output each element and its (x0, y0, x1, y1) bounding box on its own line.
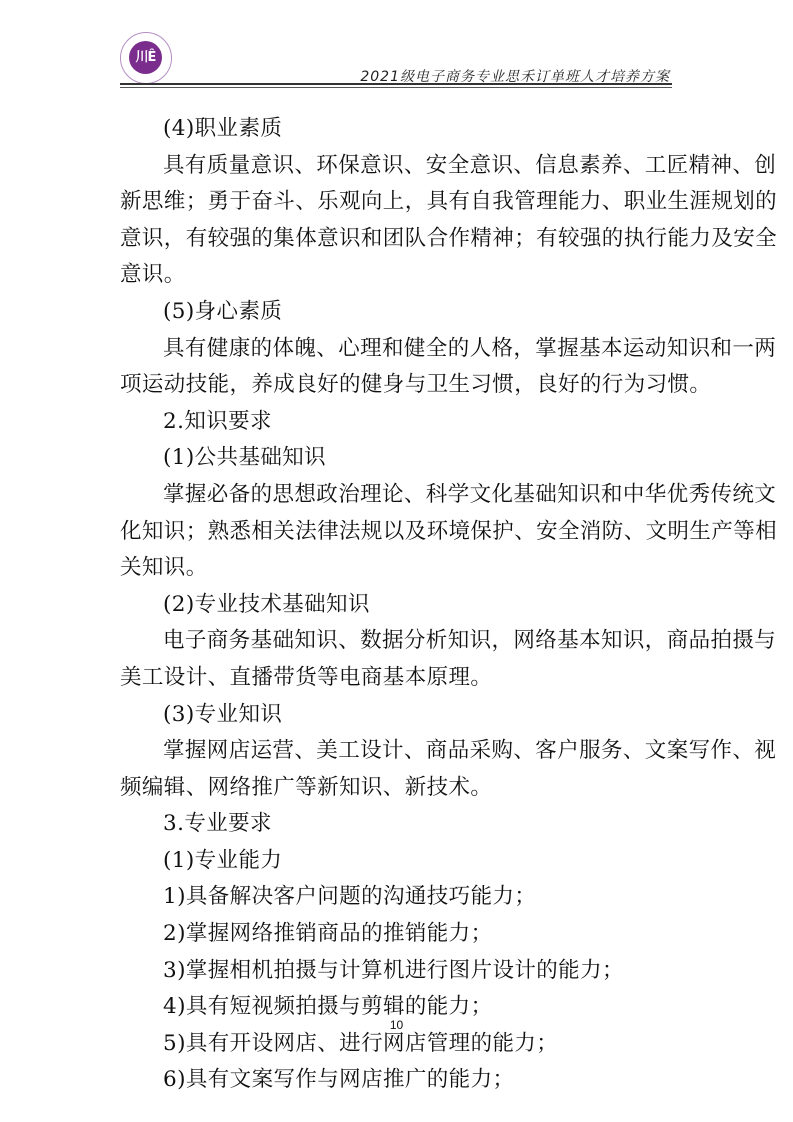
header-rule-thin (120, 87, 672, 88)
paragraph-line: 意识。 (120, 257, 676, 294)
paragraph-line: 掌握必备的思想政治理论、科学文化基础知识和中华优秀传统文 (120, 477, 676, 514)
heading-physical-mental-quality: (5)身心素质 (120, 294, 676, 331)
paragraph-line: 具有健康的体魄、心理和健全的人格，掌握基本运动知识和一两 (120, 331, 676, 368)
list-item: 6)具有文案写作与网店推广的能力； (120, 1062, 676, 1099)
heading-technical-basic-knowledge: (2)专业技术基础知识 (120, 587, 676, 624)
heading-professional-ability: (1)专业能力 (120, 843, 676, 880)
heading-professional-knowledge: (3)专业知识 (120, 697, 676, 734)
paragraph-line: 意识，有较强的集体意识和团队合作精神；有较强的执行能力及安全 (120, 221, 676, 258)
document-body: (4)职业素质 具有质量意识、环保意识、安全意识、信息素养、工匠精神、创 新思维… (120, 111, 676, 1099)
paragraph-line: 项运动技能，养成良好的健身与卫生习惯，良好的行为习惯。 (120, 367, 676, 404)
school-logo: 川Ê (120, 32, 172, 84)
paragraph-line: 新思维；勇于奋斗、乐观向上，具有自我管理能力、职业生涯规划的 (120, 184, 676, 221)
paragraph-line: 频编辑、网络推广等新知识、新技术。 (120, 770, 676, 807)
header-rule-thick (120, 83, 672, 85)
paragraph-line: 掌握网店运营、美工设计、商品采购、客户服务、文案写作、视 (120, 733, 676, 770)
page-number: 10 (0, 1018, 793, 1032)
paragraph-line: 关知识。 (120, 550, 676, 587)
list-item: 2)掌握网络推销商品的推销能力； (120, 916, 676, 953)
heading-knowledge-requirements: 2.知识要求 (120, 404, 676, 441)
paragraph-line: 美工设计、直播带货等电商基本原理。 (120, 660, 676, 697)
paragraph-line: 电子商务基础知识、数据分析知识，网络基本知识，商品拍摄与 (120, 623, 676, 660)
paragraph-line: 化知识；熟悉相关法律法规以及环境保护、安全消防、文明生产等相 (120, 514, 676, 551)
paragraph-line: 具有质量意识、环保意识、安全意识、信息素养、工匠精神、创 (120, 148, 676, 185)
heading-professional-requirements: 3.专业要求 (120, 806, 676, 843)
logo-emblem-icon: 川Ê (129, 41, 162, 74)
heading-public-basic-knowledge: (1)公共基础知识 (120, 440, 676, 477)
page-header: 川Ê 2021级电子商务专业思禾订单班人才培养方案 (120, 32, 672, 88)
list-item: 3)掌握相机拍摄与计算机进行图片设计的能力； (120, 953, 676, 990)
list-item: 1)具备解决客户问题的沟通技巧能力； (120, 879, 676, 916)
heading-professional-quality: (4)职业素质 (120, 111, 676, 148)
